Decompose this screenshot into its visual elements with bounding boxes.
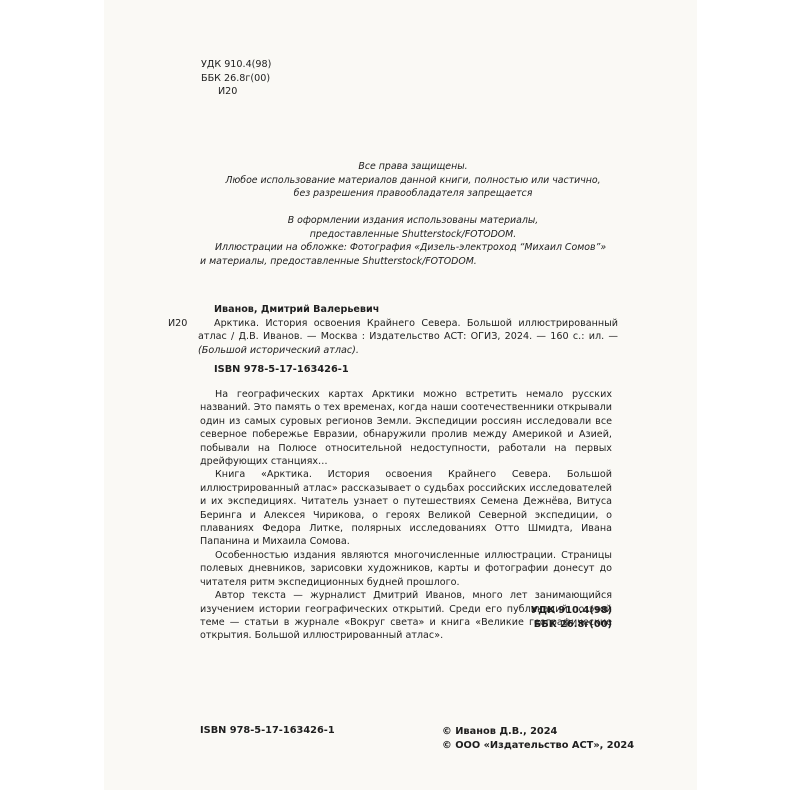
record-entry: Арктика. История освоения Крайнего Север…: [198, 317, 618, 358]
classification-codes: УДК 910.4(98) ББК 26.8г(00) И20: [201, 58, 271, 99]
record-series: (Большой исторический атлас).: [198, 345, 359, 356]
copyright-author: © Иванов Д.В., 2024: [442, 725, 634, 739]
materials-line: В оформлении издания использованы матери…: [206, 214, 620, 228]
record-author: Иванов, Дмитрий Валерьевич: [168, 303, 618, 317]
author-index: И20: [201, 85, 271, 99]
annotation-paragraph: Книга «Арктика. История освоения Крайнег…: [200, 468, 612, 548]
annotation-paragraph: Особенностью издания являются многочисле…: [200, 549, 612, 589]
isbn-bottom: ISBN 978-5-17-163426-1: [200, 725, 335, 736]
udk-code: УДК 910.4(98): [531, 604, 612, 618]
cover-credit-line: и материалы, предоставленные Shutterstoc…: [200, 255, 620, 269]
bbk-code: ББК 26.8г(00): [201, 72, 271, 86]
udk-code: УДК 910.4(98): [201, 58, 271, 72]
annotation-paragraph: На географических картах Арктики можно в…: [200, 388, 612, 468]
bbk-code: ББК 26.8г(00): [531, 618, 612, 632]
rights-notice: Все права защищены. Любое использование …: [206, 160, 620, 241]
record-index: И20: [168, 317, 187, 331]
cover-credit-line: Иллюстрации на обложке: Фотография «Дизе…: [200, 241, 620, 255]
annotation-codes: УДК 910.4(98) ББК 26.8г(00): [531, 604, 612, 632]
cover-credits: Иллюстрации на обложке: Фотография «Дизе…: [200, 241, 620, 268]
record-entry-text: Арктика. История освоения Крайнего Север…: [198, 318, 618, 343]
rights-line: без разрешения правообладателя запрещает…: [206, 187, 620, 201]
bibliographic-record: Иванов, Дмитрий Валерьевич И20 Арктика. …: [168, 303, 618, 357]
rights-line: Все права защищены.: [206, 160, 620, 174]
copyright-publisher: © ООО «Издательство АСТ», 2024: [442, 739, 634, 753]
copyrights: © Иванов Д.В., 2024 © ООО «Издательство …: [442, 725, 634, 753]
rights-line: Любое использование материалов данной кн…: [206, 174, 620, 188]
isbn-top: ISBN 978-5-17-163426-1: [214, 364, 349, 375]
materials-line: предоставленные Shutterstock/FOTODOM.: [206, 228, 620, 242]
